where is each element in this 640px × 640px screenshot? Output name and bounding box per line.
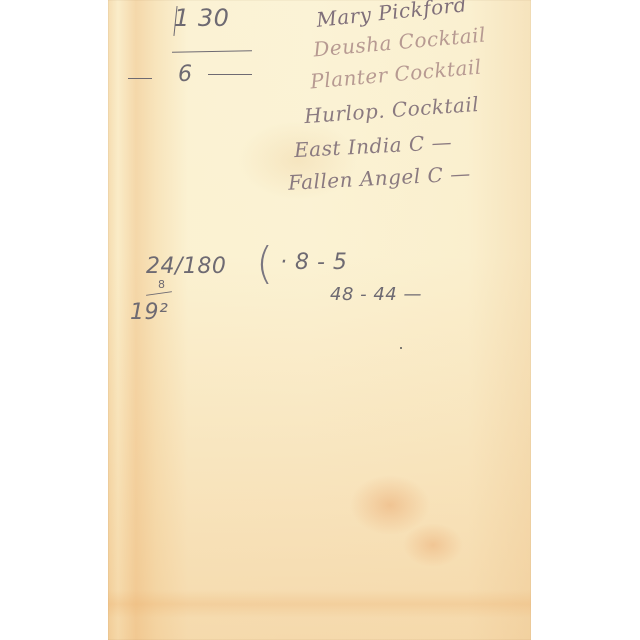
division-result: 19²	[130, 300, 168, 325]
division-under-digit: 8	[158, 278, 166, 291]
right-dash	[208, 74, 252, 75]
top-numerator: 1 30	[174, 4, 229, 32]
photo-stage: 1 30 6 Mary Pickford Deusha Cocktail Pla…	[0, 0, 640, 640]
cocktail-item-4: Hurlop. Cocktail	[303, 92, 480, 128]
division-expression: 24/180	[146, 254, 226, 279]
open-paren: (	[256, 238, 274, 289]
cocktail-item-5: East India C —	[293, 130, 452, 162]
cocktail-item-3: Planter Cocktail	[309, 55, 482, 94]
price-line-2: 48 - 44 —	[330, 284, 422, 305]
aged-paper-page: 1 30 6 Mary Pickford Deusha Cocktail Pla…	[108, 0, 531, 640]
cocktail-item-6: Fallen Angel C —	[287, 161, 471, 195]
fraction-line	[172, 50, 252, 52]
price-line-1: · 8 - 5	[280, 250, 347, 275]
top-denominator: 6	[178, 62, 193, 87]
division-underline	[146, 291, 172, 296]
pencil-dot	[400, 347, 402, 349]
left-dash	[128, 78, 152, 79]
